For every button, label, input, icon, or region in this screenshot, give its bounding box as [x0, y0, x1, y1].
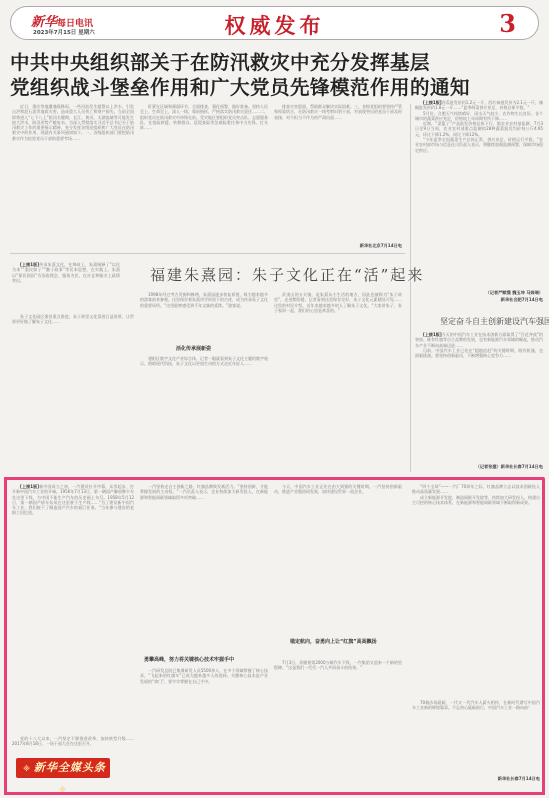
section-title: 权威发布 — [11, 10, 538, 40]
faw-column-3: 今天，中国汽车工业正处在由大到强的关键时期。一汽坚持创新驱动，推进产业链协同发展… — [274, 484, 402, 634]
notice-col3-text: 排查灾害隐患，帮助群众解决实际困难。三、各级党组织要坚持严管和厚爱结合，在防汛救… — [274, 104, 402, 120]
main-headline-line1: 中共中央组织部关于在防汛救灾中充分发挥基层 — [10, 47, 405, 75]
faw-col3b-text: 7月3日，伴随着第2000万辆汽车下线，一汽集团又迎来一个新的里程碑。“这是我们… — [274, 660, 402, 671]
zhuxi-column-2: 武夷山的五夫镇，是朱熹从小生活的地方，因此也被称为“朱子故里”。走进紫阳楼，记者… — [274, 292, 402, 464]
faw-column-4-tail: 70载沙场砥砺，一代又一代汽车人薪火相传，在新时代谱写中国汽车工业新的辉煌篇章。… — [412, 700, 540, 772]
auto-byline: （记者张建）新华社长春7月14日电 — [415, 464, 543, 471]
zhuxi-column-1b: 建阳区数字文化产业综合体，记者一眼就看到朱子文化主题的数字展示，借助现代科技，朱… — [140, 356, 268, 472]
market-para-3: 近期，“菜篮子”产品批发价格总体下行。据农业农村部监测，7月3日至9日当周，农业… — [415, 121, 543, 137]
notice-column-1: 近日，重庆等地遭遇强降雨，一些河流发生超警以上洪水，引发山洪和泥石流等地质灾害。… — [12, 104, 134, 250]
xinhua-headline-banner[interactable]: 新华全媒头条 — [16, 758, 110, 778]
zhuxi-subhead: 活化传承展新姿 — [176, 345, 211, 352]
faw-column-1: [上接1版]新中国成立之初，一汽建设拉开序幕，从零起步，打开新中国汽车工业的开端… — [12, 484, 134, 736]
masthead: 新华每日电讯 2023年7月15日 星期六 权威发布 3 — [10, 6, 539, 40]
faw-column-2b: 一汽研发总院已集聚研发人员5500余人，在多个领域掌握了核心技术，“飞起来的红旗… — [140, 668, 268, 786]
auto-para-2: 目前，中国汽车工业已处在“超越追赶”的关键时期，既有机遇，也面临挑战。要坚持创新… — [415, 348, 543, 359]
zhuxi-col1-text: 1998年经过考古发掘和修缮，朱熹园逐步恢复原貌，吸引越来越多的游客前来参观。这… — [140, 292, 268, 308]
column-divider — [410, 104, 411, 472]
faw-column-1-tail: 党的十八大以来，一汽坚定不移推进改革，加快转型升级……2017年8月18日，一场… — [12, 736, 134, 754]
faw-byline: 新华社长春7月14日电 — [412, 776, 540, 783]
faw-column-2: 一汽坚持走自主创新之路，红旗品牌焕发新活力。“坚持创新，才能掌握发展的主动权。”… — [140, 484, 268, 652]
auto-column: [上接1版]今天的中国汽车工业在技术创新方面取得了“百花齐放”的效果。既有红旗等… — [415, 332, 543, 452]
section-divider — [10, 253, 405, 254]
notice-byline: 新华社北京7月14日电 — [274, 243, 402, 250]
notice-column-2: 盯紧在区域和薄弱环节，全面排查，强化预警，做好准备。坚持人民至上、生命至上，深入… — [140, 104, 268, 250]
notice-col1-text: 近日，重庆等地遭遇强降雨，一些河流发生超警以上洪水，引发山洪和泥石流等地质灾害。… — [12, 104, 134, 141]
notice-column-3: 排查灾害隐患，帮助群众解决实际困难。三、各级党组织要坚持严管和厚爱结合，在防汛救… — [274, 104, 402, 242]
zhuxi-side-text: 朱子文化园区建设重点推进，朱子故里文化氛围日益浓厚，让世界更好地了解朱子文化…… — [12, 314, 134, 325]
zhuxi-side-lead: [上接1版]传承朱熹文化，在坤岐上，朱熹阐释了“以民为本”“重民如子”“勤于政事… — [12, 262, 120, 312]
faw-col1-tail-text: 党的十八大以来，一汽坚定不移推进改革，加快转型升级……2017年8月18日，一场… — [12, 736, 134, 747]
page-number: 3 — [499, 9, 516, 38]
faw-col4-text: 成立新能源开发院，制造网联开发院等，持续加大研发投入，构建自主可控的核心技术体系… — [412, 495, 540, 506]
market-byline: 新华社合肥7月14日电 — [415, 297, 543, 304]
faw-col3-subhead: 锚定航向，奋勇向上让“红旗”高高飘扬 — [290, 638, 377, 645]
auto-side-title: 坚定奋斗自主创新建设汽车强国 — [440, 316, 549, 327]
market-para-4: “今年夏季全国蔬菜生产总体正常，供应充足，价格运行平稳。”农业农村部市场与信息化… — [415, 137, 543, 153]
faw-column-3b: 7月3日，伴随着第2000万辆汽车下线，一汽集团又迎来一个新的里程碑。“这是我们… — [274, 660, 402, 786]
market-reporters: （记者严赋憬 魏玉坤 马姝瑞） — [415, 290, 543, 297]
faw-col2-text: 一汽坚持走自主创新之路，红旗品牌焕发新活力。“坚持创新，才能掌握发展的主动权。”… — [140, 484, 268, 500]
main-headline-line2: 党组织战斗堡垒作用和广大党员先锋模范作用的通知 — [10, 72, 405, 100]
zhuxi-column-1: 1998年经过考古发掘和修缮，朱熹园逐步恢复原貌，吸引越来越多的游客前来参观。这… — [140, 292, 268, 338]
faw-col4-lead: “四个全球”——一汽厂70周年之际，红旗品牌立志以技术创新投入推动高质量发展…… — [412, 484, 540, 495]
zhuxi-col1b-text: 建阳区数字文化产业综合体，记者一眼就看到朱子文化主题的数字展示，借助现代科技，朱… — [140, 356, 268, 367]
zhuxi-col2-text: 武夷山的五夫镇，是朱熹从小生活的地方，因此也被称为“朱子故里”。走进紫阳楼，记者… — [274, 292, 402, 313]
zhuxi-title: 福建朱熹园：朱子文化正在“活”起来 — [150, 264, 424, 285]
faw-column-4: “四个全球”——一汽厂70周年之际，红旗品牌立志以技术创新投入推动高质量发展……… — [412, 484, 540, 684]
faw-col3-text: 今天，中国汽车工业正处在由大到强的关键时期。一汽坚持创新驱动，推进产业链协同发展… — [274, 484, 402, 495]
faw-col1-text: 新中国成立之初，一汽建设拉开序幕，从零起步，打开新中国汽车工业的开端。1956年… — [12, 484, 134, 515]
faw-subhead: 勇攀高峰，努力将关键核心技术牢握手中 — [144, 656, 234, 663]
market-para-2: 5月份，合肥天气持续晴好，雨水天气较少，农作物生长良好。各个城市的蔬菜供应充足，… — [415, 111, 543, 122]
zhuxi-side-column: 朱子文化园区建设重点推进，朱子故里文化氛围日益浓厚，让世界更好地了解朱子文化…… — [12, 314, 134, 472]
faw-col4-tail-text: 70载沙场砥砺，一代又一代汽车人薪火相传，在新时代谱写中国汽车工业新的辉煌篇章。… — [412, 700, 540, 711]
faw-col2b-text: 一汽研发总院已集聚研发人员5500余人，在多个领域掌握了核心技术，“飞起来的红旗… — [140, 668, 268, 684]
notice-col2-text: 盯紧在区域和薄弱环节，全面排查，强化预警，做好准备。坚持人民至上、生命至上，深入… — [140, 104, 268, 130]
right-column-market: [上接1版]西瓜批发价约1.2元一斤，西红柿批发价为2.1元一斤，辣椒批发价约1… — [415, 100, 543, 272]
